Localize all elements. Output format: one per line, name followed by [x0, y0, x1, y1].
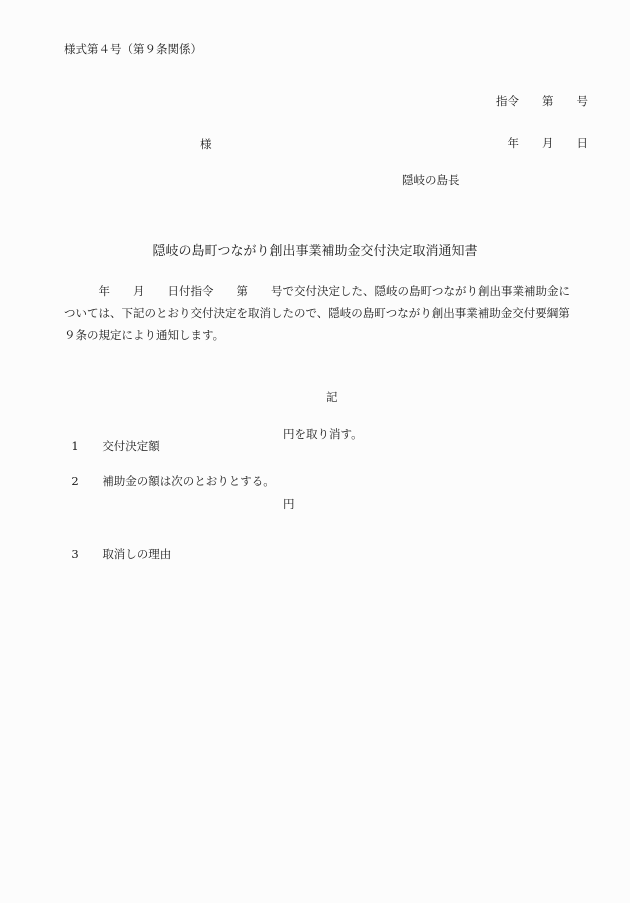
- item-label: 取消しの理由: [102, 547, 171, 561]
- amount-unit-yen: 円: [283, 499, 295, 511]
- item-cancel-suffix: 円を取り消す。: [283, 429, 363, 441]
- item-subsidy-amount: 2補助金の額は次のとおりとする。: [64, 464, 275, 487]
- item-grant-decision-amount: 1交付決定額: [64, 429, 160, 452]
- body-line: ついては、下記のとおり交付決定を取消したので、隠岐の島町つながり創出事業補助金交…: [64, 302, 589, 324]
- body-line: 年 月 日付指令 第 号で交付決定した、隠岐の島町つながり創出事業補助金に: [64, 280, 589, 302]
- item-cancellation-reason: 3取消しの理由: [64, 537, 171, 560]
- item-number: 2: [71, 476, 102, 488]
- directive-number-line: 指令 第 号: [496, 94, 588, 108]
- reference-block: 指令 第 号 年 月 日: [496, 66, 588, 164]
- body-paragraph: 年 月 日付指令 第 号で交付決定した、隠岐の島町つながり創出事業補助金に つい…: [64, 280, 589, 346]
- body-line: ９条の規定により通知します。: [64, 324, 589, 346]
- issuer-name: 隠岐の島長: [402, 175, 460, 187]
- date-line: 年 月 日: [496, 136, 588, 150]
- item-label: 交付決定額: [102, 439, 160, 453]
- item-number: 3: [71, 549, 102, 561]
- form-number: 様式第４号（第９条関係）: [64, 44, 202, 56]
- item-label: 補助金の額は次のとおりとする。: [102, 474, 275, 488]
- note-heading: 記: [326, 392, 338, 404]
- addressee-honorific: 様: [200, 139, 212, 151]
- item-number: 1: [71, 441, 102, 453]
- document-title: 隠岐の島町つながり創出事業補助金交付決定取消通知書: [0, 245, 630, 258]
